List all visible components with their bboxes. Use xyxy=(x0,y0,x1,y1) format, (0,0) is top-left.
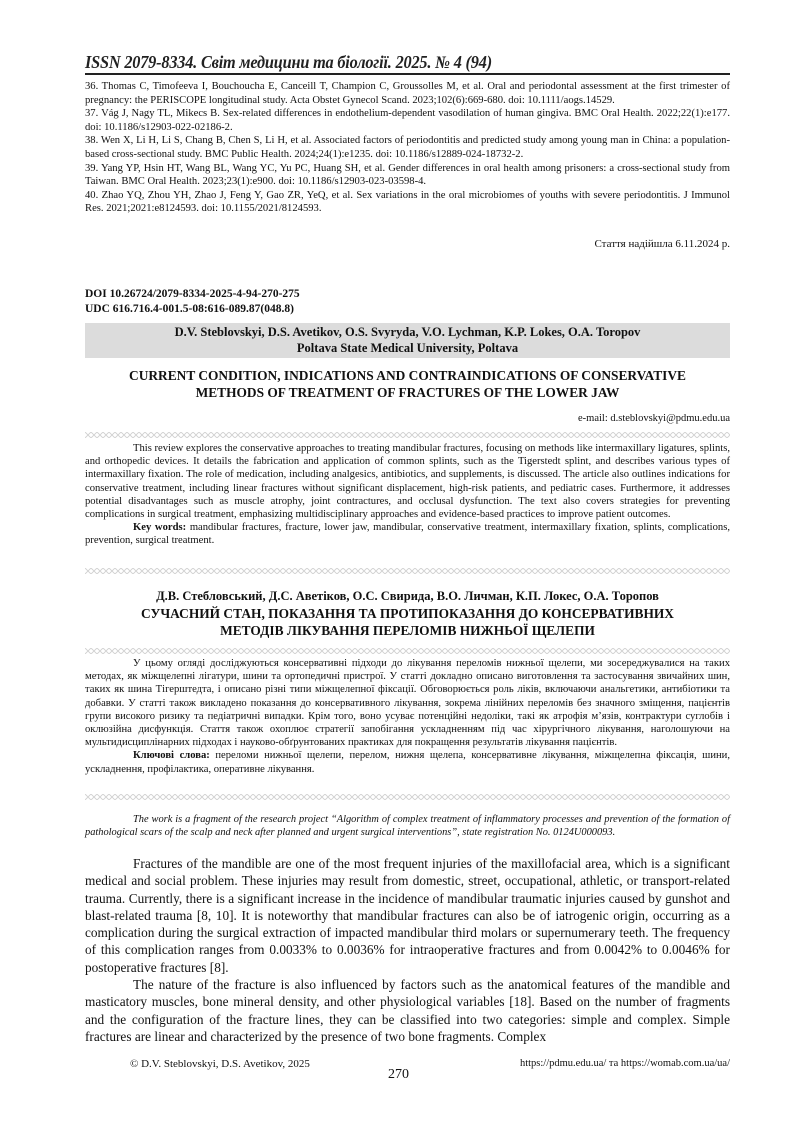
reference-item: 39. Yang YP, Hsin HT, Wang BL, Wang YC, … xyxy=(85,162,730,189)
reference-list: 36. Thomas C, Timofeeva I, Bouchoucha E,… xyxy=(85,80,730,216)
body-paragraph: Fractures of the mandible are one of the… xyxy=(85,855,730,976)
footer-copyright: © D.V. Steblovskyi, D.S. Avetikov, 2025 xyxy=(130,1058,310,1070)
funding-note: The work is a fragment of the research p… xyxy=(85,813,730,839)
keywords-en: Key words: mandibular fractures, fractur… xyxy=(85,521,730,547)
reference-item: 40. Zhao YQ, Zhou YH, Zhao J, Feng Y, Ga… xyxy=(85,189,730,216)
separator xyxy=(85,648,730,654)
header-rule xyxy=(85,73,730,75)
title-line: METHODS OF TREATMENT OF FRACTURES OF THE… xyxy=(85,385,730,402)
footer-links: https://pdmu.edu.ua/ та https://womab.co… xyxy=(520,1058,730,1069)
keywords-ua: Ключові слова: переломи нижньої щелепи, … xyxy=(85,749,730,775)
body-paragraph: The nature of the fracture is also influ… xyxy=(85,976,730,1045)
doi: DOI 10.26724/2079-8334-2025-4-94-270-275 xyxy=(85,287,300,302)
page-number: 270 xyxy=(388,1067,409,1083)
title-line: СУЧАСНИЙ СТАН, ПОКАЗАННЯ ТА ПРОТИПОКАЗАН… xyxy=(85,606,730,623)
abstract-ua: У цьому огляді досліджуються консерватив… xyxy=(85,657,730,776)
separator xyxy=(85,794,730,800)
funding-text: The work is a fragment of the research p… xyxy=(85,813,730,839)
authors-en: D.V. Steblovskyi, D.S. Avetikov, O.S. Sv… xyxy=(85,324,730,340)
keywords-label: Ключові слова: xyxy=(133,750,210,761)
journal-header: ISSN 2079-8334. Світ медицини та біологі… xyxy=(85,52,685,73)
separator xyxy=(85,568,730,574)
article-identifiers: DOI 10.26724/2079-8334-2025-4-94-270-275… xyxy=(85,287,300,317)
title-line: МЕТОДІВ ЛІКУВАННЯ ПЕРЕЛОМІВ НИЖНЬОЇ ЩЕЛЕ… xyxy=(85,623,730,640)
article-body: Fractures of the mandible are one of the… xyxy=(85,855,730,1045)
abstract-text: У цьому огляді досліджуються консерватив… xyxy=(85,657,730,749)
keywords-label: Key words: xyxy=(133,522,186,533)
author-band: D.V. Steblovskyi, D.S. Avetikov, O.S. Sv… xyxy=(85,323,730,358)
reference-item: 38. Wen X, Li H, Li S, Chang B, Chen S, … xyxy=(85,134,730,161)
received-date: Стаття надійшла 6.11.2024 р. xyxy=(594,238,730,250)
abstract-text: This review explores the conservative ap… xyxy=(85,442,730,521)
reference-item: 36. Thomas C, Timofeeva I, Bouchoucha E,… xyxy=(85,80,730,107)
article-title-en: CURRENT CONDITION, INDICATIONS AND CONTR… xyxy=(85,368,730,401)
affiliation: Poltava State Medical University, Poltav… xyxy=(85,340,730,356)
article-title-ua: СУЧАСНИЙ СТАН, ПОКАЗАННЯ ТА ПРОТИПОКАЗАН… xyxy=(85,606,730,639)
authors-ua: Д.В. Стебловський, Д.С. Аветіков, О.С. С… xyxy=(85,589,730,604)
title-line: CURRENT CONDITION, INDICATIONS AND CONTR… xyxy=(85,368,730,385)
udc: UDC 616.716.4-001.5-08:616-089.87(048.8) xyxy=(85,302,300,317)
reference-item: 37. Vág J, Nagy TL, Mikecs B. Sex-relate… xyxy=(85,107,730,134)
abstract-en: This review explores the conservative ap… xyxy=(85,442,730,548)
author-email: e-mail: d.steblovskyi@pdmu.edu.ua xyxy=(578,413,730,424)
separator xyxy=(85,432,730,438)
